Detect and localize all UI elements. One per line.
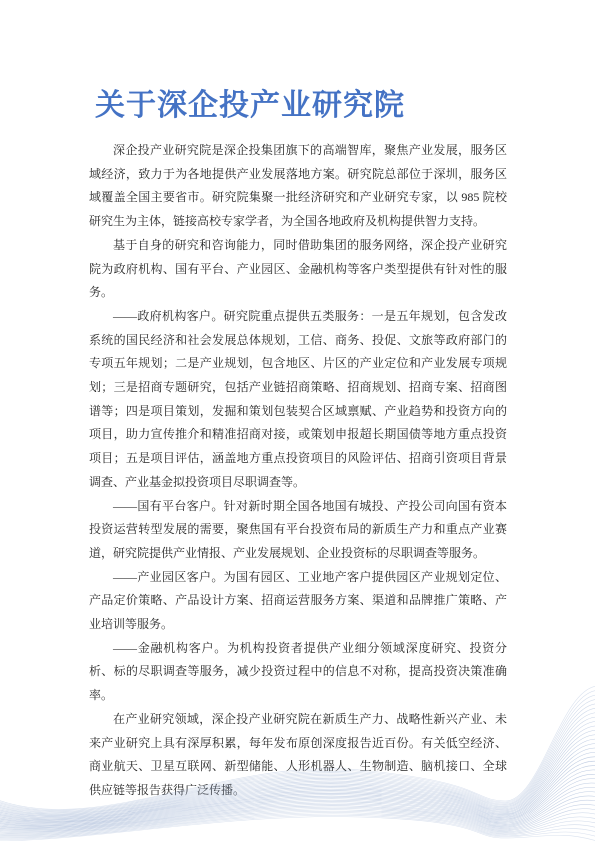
paragraph: 深企投产业研究院是深企投集团旗下的高端智库，聚焦产业发展，服务区域经济，致力于为…: [89, 139, 507, 234]
paragraph: ——产业园区客户。为国有园区、工业地产客户提供园区产业规划定位、产品定价策略、产…: [89, 566, 507, 637]
paragraph: ——金融机构客户。为机构投资者提供产业细分领域深度研究、投资分析、标的尽职调查等…: [89, 637, 507, 708]
page-title: 关于深企投产业研究院: [95, 80, 405, 124]
paragraph: 基于自身的研究和咨询能力，同时借助集团的服务网络，深企投产业研究院为政府机构、国…: [89, 234, 507, 305]
paragraph: ——国有平台客户。针对新时期全国各地国有城投、产投公司向国有资本投资运营转型发展…: [89, 495, 507, 566]
paragraph: ——政府机构客户。研究院重点提供五类服务：一是五年规划，包含发改系统的国民经济和…: [89, 305, 507, 495]
document-body: 深企投产业研究院是深企投集团旗下的高端智库，聚焦产业发展，服务区域经济，致力于为…: [89, 139, 507, 803]
document-page: 关于深企投产业研究院 深企投产业研究院是深企投集团旗下的高端智库，聚焦产业发展，…: [0, 0, 595, 841]
paragraph: 在产业研究领域，深企投产业研究院在新质生产力、战略性新兴产业、未来产业研究上具有…: [89, 708, 507, 803]
